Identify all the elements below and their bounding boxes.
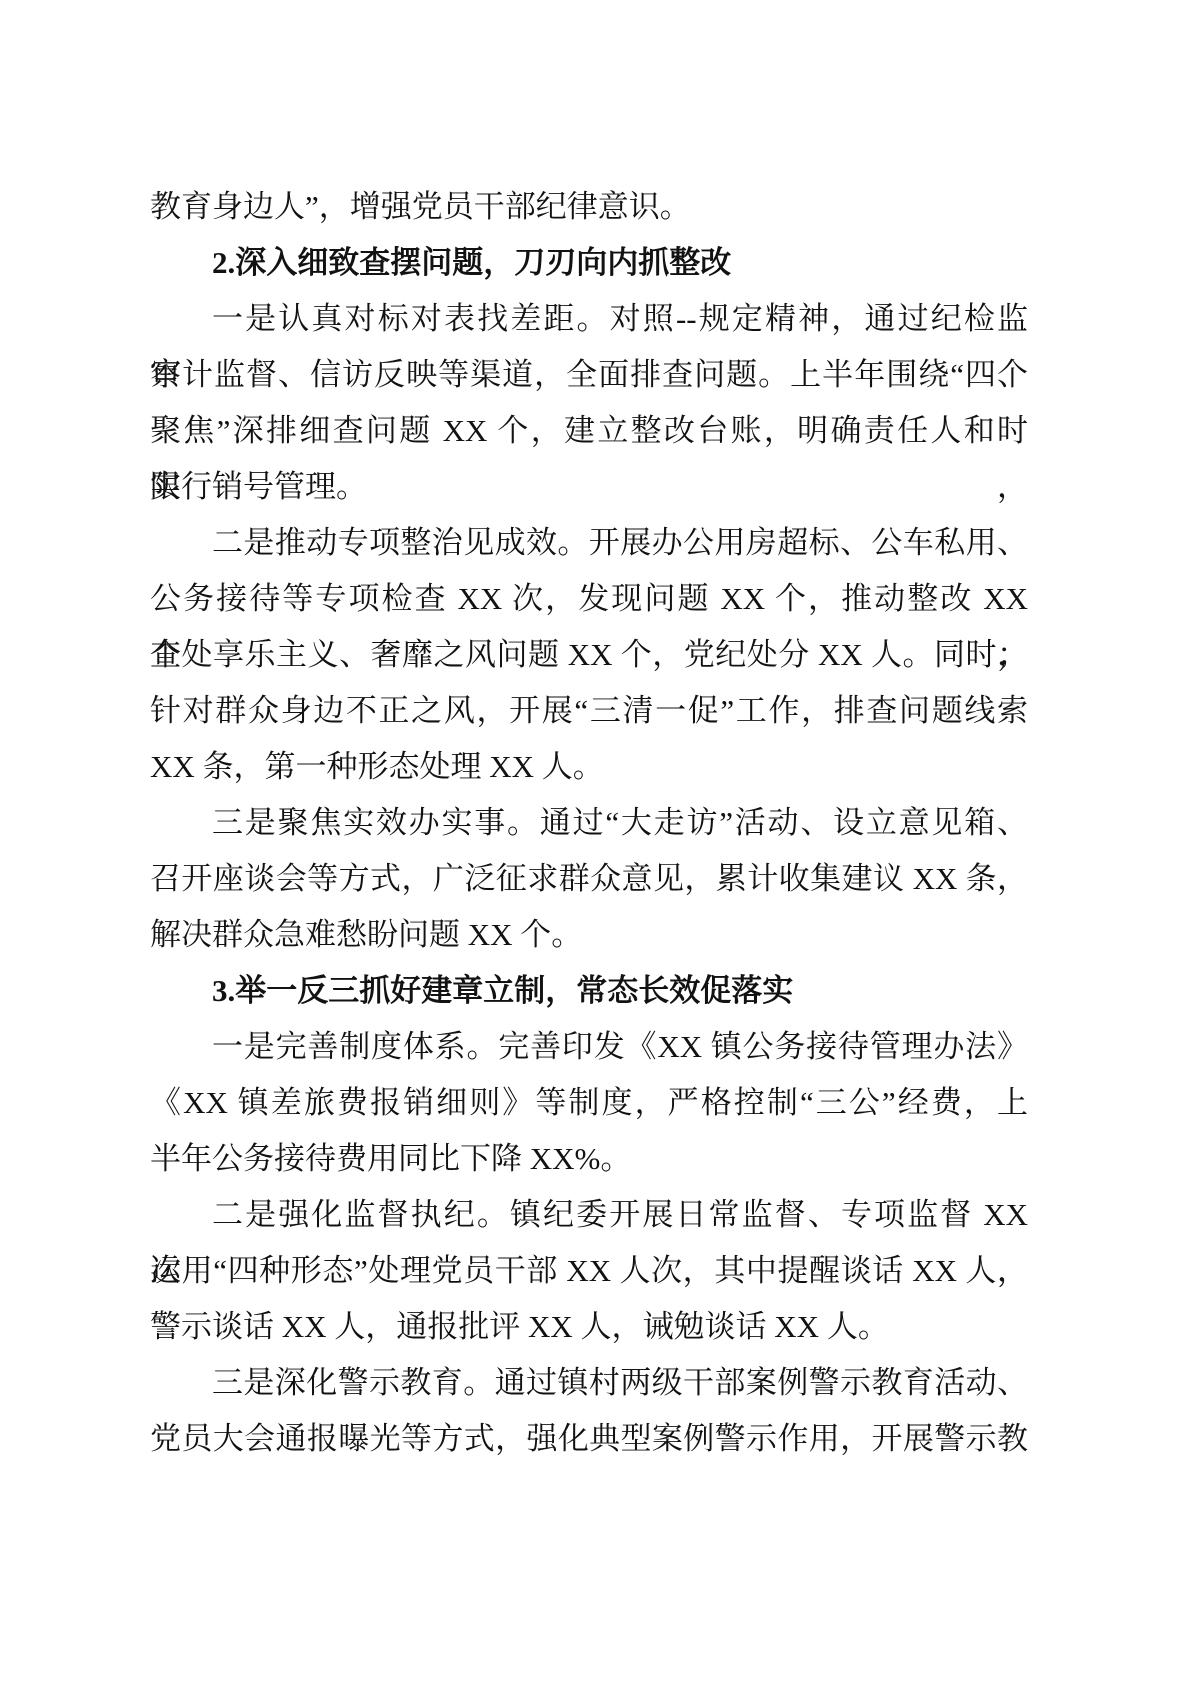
text-line: 一是完善制度体系。完善印发《XX 镇公务接待管理办法》 <box>150 1019 1028 1075</box>
text-line: 聚焦”深排细查问题 XX 个，建立整改台账，明确责任人和时限， <box>150 403 1028 459</box>
text-line: 《XX 镇差旅费报销细则》等制度，严格控制“三公”经费，上 <box>150 1075 1028 1131</box>
text-line: 警示谈话 XX 人，通报批评 XX 人，诫勉谈话 XX 人。 <box>150 1299 1028 1355</box>
text-line: 半年公务接待费用同比下降 XX%。 <box>150 1131 1028 1187</box>
text-line: 查处享乐主义、奢靡之风问题 XX 个，党纪处分 XX 人。同时， <box>150 627 1028 683</box>
text-line: 审计监督、信访反映等渠道，全面排查问题。上半年围绕“四个 <box>150 347 1028 403</box>
text-line: 解决群众急难愁盼问题 XX 个。 <box>150 907 1028 963</box>
section-heading: 2.深入细致查摆问题，刀刃向内抓整改 <box>150 235 1028 291</box>
text-line: 二是推动专项整治见成效。开展办公用房超标、公车私用、 <box>150 515 1028 571</box>
text-line: 针对群众身边不正之风，开展“三清一促”工作，排查问题线索 <box>150 683 1028 739</box>
text-line: 三是深化警示教育。通过镇村两级干部案例警示教育活动、 <box>150 1355 1028 1411</box>
section-heading: 3.举一反三抓好建章立制，常态长效促落实 <box>150 963 1028 1019</box>
text-line: 三是聚焦实效办实事。通过“大走访”活动、设立意见箱、 <box>150 795 1028 851</box>
text-line: 运用“四种形态”处理党员干部 XX 人次，其中提醒谈话 XX 人， <box>150 1243 1028 1299</box>
text-line: 教育身边人”，增强党员干部纪律意识。 <box>150 179 1028 235</box>
text-line: 党员大会通报曝光等方式，强化典型案例警示作用，开展警示教 <box>150 1411 1028 1467</box>
text-line: 公务接待等专项检查 XX 次，发现问题 XX 个，推动整改 XX 个； <box>150 571 1028 627</box>
document-page: 教育身边人”，增强党员干部纪律意识。2.深入细致查摆问题，刀刃向内抓整改一是认真… <box>0 0 1190 1683</box>
text-line: XX 条，第一种形态处理 XX 人。 <box>150 739 1028 795</box>
text-line: 召开座谈会等方式，广泛征求群众意见，累计收集建议 XX 条， <box>150 851 1028 907</box>
text-line: 一是认真对标对表找差距。对照--规定精神，通过纪检监察、 <box>150 291 1028 347</box>
document-body: 教育身边人”，增强党员干部纪律意识。2.深入细致查摆问题，刀刃向内抓整改一是认真… <box>150 179 1028 1467</box>
text-line: 二是强化监督执纪。镇纪委开展日常监督、专项监督 XX 次， <box>150 1187 1028 1243</box>
